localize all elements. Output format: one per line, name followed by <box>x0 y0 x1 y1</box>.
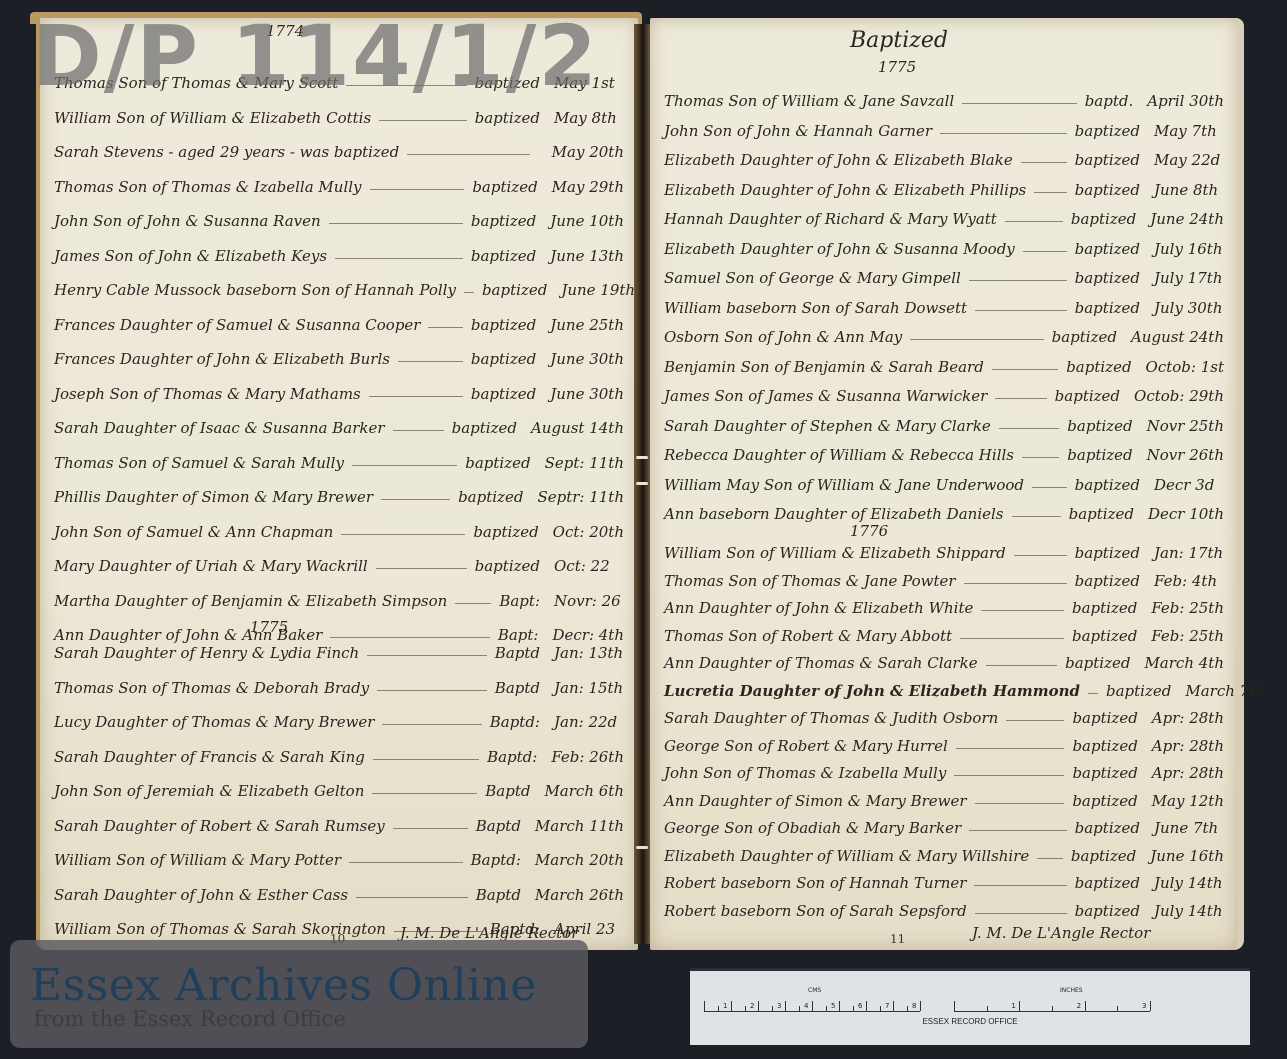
binding-thread <box>636 456 648 459</box>
page-title: Baptized <box>850 28 948 53</box>
entry-name: Thomas Son of Thomas & Izabella Mully <box>54 178 362 196</box>
register-entry: Ann baseborn Daughter of Elizabeth Danie… <box>664 489 1224 523</box>
entry-baptized-label: Bapt: <box>499 592 540 610</box>
entry-date: Jan: 13th <box>554 644 624 662</box>
ruler-tick <box>704 1001 705 1011</box>
ruler-tick <box>853 1006 854 1011</box>
ruler-number: 5 <box>831 1002 835 1010</box>
ruler-number: 6 <box>858 1002 862 1010</box>
ruler-tick <box>880 1006 881 1011</box>
register-entry: Mary Daughter of Uriah & Mary Wackrillba… <box>54 541 624 575</box>
entry-dash <box>393 828 468 829</box>
entry-name: Sarah Daughter of Francis & Sarah King <box>54 748 365 766</box>
register-entry: James Son of John & Elizabeth Keysbaptiz… <box>54 231 624 265</box>
ruler-tick <box>1019 1001 1020 1011</box>
entry-date: August 14th <box>531 419 624 437</box>
entry-dash <box>381 499 450 500</box>
entry-dash <box>369 396 463 397</box>
register-entry: Thomas Son of Thomas & Izabella Mullybap… <box>54 162 624 196</box>
entry-baptized-label: baptized <box>452 419 517 437</box>
ruler-tick <box>799 1006 800 1011</box>
ruler-tick <box>954 1001 955 1011</box>
entry-dash <box>995 398 1046 399</box>
entry-date: Sept: 11th <box>545 454 624 472</box>
ruler-tick <box>731 1001 732 1011</box>
register-entry: Lucy Daughter of Thomas & Mary BrewerBap… <box>54 697 624 731</box>
rector-signature: J. M. De L'Angle Rector <box>972 924 1150 942</box>
entry-name: Sarah Stevens - aged 29 years - was bapt… <box>54 143 399 161</box>
year-heading-1775: 1775 <box>878 58 916 76</box>
entry-baptized-label: baptized <box>1075 902 1140 920</box>
entry-name: Sarah Daughter of Isaac & Susanna Barker <box>54 419 385 437</box>
left-page: 1774 Thomas Son of Thomas & Mary Scottba… <box>36 18 638 950</box>
ruler-tick <box>839 1001 840 1011</box>
ruler-number: 3 <box>1142 1002 1146 1010</box>
entry-dash <box>335 258 463 259</box>
register-entry: Thomas Son of Thomas & Deborah BradyBapt… <box>54 663 624 697</box>
entry-name: John Son of Samuel & Ann Chapman <box>54 523 333 541</box>
right-page: Baptized 1775 Thomas Son of William & Ja… <box>650 18 1244 950</box>
entry-date: Jan: 15th <box>554 679 624 697</box>
entry-dash <box>367 655 487 656</box>
entry-baptized-label: baptized <box>475 109 540 127</box>
entry-dash <box>1012 516 1061 517</box>
entry-dash <box>376 568 467 569</box>
ruler-tick <box>812 1001 813 1011</box>
entry-date: Jan: 22d <box>554 713 624 731</box>
entry-date: Novr: 26 <box>554 592 624 610</box>
entry-date: June 19th <box>561 281 635 299</box>
entry-dash <box>377 690 487 691</box>
entry-dash <box>373 759 479 760</box>
entry-baptized-label: baptized <box>471 212 536 230</box>
entry-name: Joseph Son of Thomas & Mary Mathams <box>54 385 361 403</box>
ruler-tick <box>1117 1006 1118 1011</box>
ruler-number: 2 <box>750 1002 754 1010</box>
entry-name: Mary Daughter of Uriah & Mary Wackrill <box>54 557 368 575</box>
entry-date: Decr 10th <box>1148 505 1224 523</box>
entry-dash <box>341 534 465 535</box>
entry-date: June 30th <box>550 350 624 368</box>
register-entry: Martha Daughter of Benjamin & Elizabeth … <box>54 576 624 610</box>
entry-dash <box>356 897 468 898</box>
entry-date: May 8th <box>554 109 624 127</box>
entry-dash <box>370 189 465 190</box>
entry-name: Ann baseborn Daughter of Elizabeth Danie… <box>664 505 1004 523</box>
entry-dash <box>1034 192 1066 193</box>
entry-date: March 26th <box>535 886 624 904</box>
entry-baptized-label: baptized <box>1069 505 1134 523</box>
register-entry: Joseph Son of Thomas & Mary Mathamsbapti… <box>54 369 624 403</box>
entry-baptized-label: baptized <box>471 316 536 334</box>
entry-dash <box>352 465 457 466</box>
ruler-tick <box>785 1001 786 1011</box>
ruler-tick <box>907 1006 908 1011</box>
ruler-number: 3 <box>777 1002 781 1010</box>
entry-dash <box>962 103 1076 104</box>
entry-baptized-label: baptized <box>482 281 547 299</box>
entry-name: Henry Cable Mussock baseborn Son of Hann… <box>54 281 456 299</box>
page-number: 11 <box>890 932 905 946</box>
register-entry: Frances Daughter of John & Elizabeth Bur… <box>54 334 624 368</box>
register-entry: Sarah Daughter of Isaac & Susanna Barker… <box>54 403 624 437</box>
entry-dash <box>975 913 1067 914</box>
register-entry: Sarah Daughter of John & Esther CassBapt… <box>54 870 624 904</box>
entry-date: Oct: 22 <box>554 557 624 575</box>
ruler-tick <box>1052 1006 1053 1011</box>
entry-dash <box>975 310 1067 311</box>
ruler-tick <box>718 1006 719 1011</box>
entry-name: Frances Daughter of Samuel & Susanna Coo… <box>54 316 420 334</box>
entry-name: Phillis Daughter of Simon & Mary Brewer <box>54 488 373 506</box>
register-entry: John Son of John & Susanna Ravenbaptized… <box>54 196 624 230</box>
entry-baptized-label: Baptd <box>495 644 540 662</box>
entry-name: Thomas Son of Thomas & Deborah Brady <box>54 679 369 697</box>
ruler-tick <box>1085 1001 1086 1011</box>
entry-baptized-label: baptized <box>471 247 536 265</box>
entry-dash <box>992 369 1058 370</box>
entry-baptized-label: baptized <box>471 385 536 403</box>
register-entry: Phillis Daughter of Simon & Mary Brewerb… <box>54 472 624 506</box>
entry-date: March 11th <box>535 817 624 835</box>
register-entry: William Son of William & Mary PotterBapt… <box>54 835 624 869</box>
entry-date: Septr: 11th <box>537 488 624 506</box>
entry-dash <box>1021 162 1067 163</box>
entry-baptized-label: baptized <box>473 523 538 541</box>
entry-date: March 6th <box>544 782 624 800</box>
register-entry: John Son of Jeremiah & Elizabeth GeltonB… <box>54 766 624 800</box>
entry-baptized-label: Baptd: <box>490 713 540 731</box>
entry-date: Feb: 26th <box>551 748 624 766</box>
entry-baptized-label: baptized <box>475 557 540 575</box>
entry-dash <box>1022 457 1059 458</box>
register-entry: John Son of Samuel & Ann Chapmanbaptized… <box>54 507 624 541</box>
reference-watermark: D/P 114/1/2 <box>32 14 599 98</box>
entry-name: Sarah Daughter of Henry & Lydia Finch <box>54 644 359 662</box>
ruler-tick <box>987 1006 988 1011</box>
entry-dash <box>1032 487 1067 488</box>
entry-name: Sarah Daughter of John & Esther Cass <box>54 886 348 904</box>
entry-baptized-label: baptized <box>465 454 530 472</box>
register-entry: Sarah Daughter of Francis & Sarah KingBa… <box>54 732 624 766</box>
entry-dash <box>969 280 1067 281</box>
ruler-tick <box>826 1006 827 1011</box>
entry-baptized-label: Baptd <box>495 679 540 697</box>
entry-name: Thomas Son of Samuel & Sarah Mully <box>54 454 344 472</box>
ruler-tick <box>772 1006 773 1011</box>
entry-baptized-label: baptized <box>472 178 537 196</box>
register-entry: Sarah Stevens - aged 29 years - was bapt… <box>54 127 624 161</box>
register-entry: Robert baseborn Son of Sarah Sepsfordbap… <box>664 886 1224 920</box>
entry-dash <box>379 120 466 121</box>
ruler-number: 2 <box>1077 1002 1081 1010</box>
entry-name: James Son of John & Elizabeth Keys <box>54 247 327 265</box>
ruler-tick <box>893 1001 894 1011</box>
entry-baptized-label: Baptd: <box>487 748 537 766</box>
entry-dash <box>910 339 1043 340</box>
entry-date: June 10th <box>550 212 624 230</box>
entry-baptized-label: Baptd <box>485 782 530 800</box>
ruler-number: 1 <box>1011 1002 1015 1010</box>
entry-dash <box>999 428 1060 429</box>
entry-dash <box>372 793 477 794</box>
entry-name: John Son of Jeremiah & Elizabeth Gelton <box>54 782 364 800</box>
binding-thread <box>636 482 648 485</box>
ruler-tick <box>920 1001 921 1011</box>
register-entry: Henry Cable Mussock baseborn Son of Hann… <box>54 265 624 299</box>
entry-date: May 20th <box>552 143 624 161</box>
entry-name: William Son of William & Elizabeth Cotti… <box>54 109 371 127</box>
entry-dash <box>1005 221 1063 222</box>
entry-baptized-label: Baptd <box>476 886 521 904</box>
entry-dash <box>398 361 463 362</box>
entry-baptized-label: baptized <box>471 350 536 368</box>
entry-date: July 14th <box>1154 902 1224 920</box>
ruler-number: 8 <box>912 1002 916 1010</box>
register-entry: Sarah Daughter of Robert & Sarah RumseyB… <box>54 801 624 835</box>
cm-scale: 12345678 <box>704 991 920 1012</box>
archive-logo-title: Essex Archives Online <box>30 960 537 1011</box>
parish-register-book: 1774 Thomas Son of Thomas & Mary Scottba… <box>30 6 1265 964</box>
ruler-tick <box>1150 1001 1151 1011</box>
entry-date: May 29th <box>552 178 624 196</box>
entry-name: Martha Daughter of Benjamin & Elizabeth … <box>54 592 447 610</box>
ruler-office-label: ESSEX RECORD OFFICE <box>690 1017 1250 1026</box>
entry-dash <box>382 724 481 725</box>
entry-name: John Son of John & Susanna Raven <box>54 212 321 230</box>
ruler-number: 4 <box>804 1002 808 1010</box>
scale-ruler: CMS 12345678 INCHES 123 ESSEX RECORD OFF… <box>690 968 1250 1045</box>
entry-dash <box>464 292 474 293</box>
entry-name: Robert baseborn Son of Sarah Sepsford <box>664 902 967 920</box>
entry-dash <box>349 862 463 863</box>
entry-date: Oct: 20th <box>553 523 624 541</box>
entry-name: William Son of William & Mary Potter <box>54 851 341 869</box>
entry-dash <box>407 154 529 155</box>
ruler-tick <box>866 1001 867 1011</box>
entry-date: June 30th <box>550 385 624 403</box>
entry-date: March 20th <box>535 851 624 869</box>
entry-name: Frances Daughter of John & Elizabeth Bur… <box>54 350 390 368</box>
register-entry: Thomas Son of Samuel & Sarah Mullybaptiz… <box>54 438 624 472</box>
register-entry: Frances Daughter of Samuel & Susanna Coo… <box>54 300 624 334</box>
ruler-tick <box>758 1001 759 1011</box>
entry-baptized-label: baptized <box>458 488 523 506</box>
entry-dash <box>940 133 1067 134</box>
archive-logo-subtitle: from the Essex Record Office <box>34 1007 346 1031</box>
entry-dash <box>393 430 444 431</box>
entry-name: Sarah Daughter of Robert & Sarah Rumsey <box>54 817 385 835</box>
register-entry: Sarah Daughter of Henry & Lydia FinchBap… <box>54 628 624 662</box>
inch-scale: 123 <box>954 991 1150 1012</box>
ruler-number: 1 <box>723 1002 727 1010</box>
entry-baptized-label: Baptd: <box>471 851 521 869</box>
entry-date: June 25th <box>550 316 624 334</box>
entry-dash <box>329 223 463 224</box>
binding-thread <box>636 846 648 849</box>
ruler-tick <box>745 1006 746 1011</box>
entry-dash <box>428 327 462 328</box>
entry-baptized-label: Baptd <box>476 817 521 835</box>
entry-dash <box>455 603 491 604</box>
ruler-number: 7 <box>885 1002 889 1010</box>
entry-name: Lucy Daughter of Thomas & Mary Brewer <box>54 713 374 731</box>
entry-dash <box>1023 251 1067 252</box>
entry-date: June 13th <box>550 247 624 265</box>
